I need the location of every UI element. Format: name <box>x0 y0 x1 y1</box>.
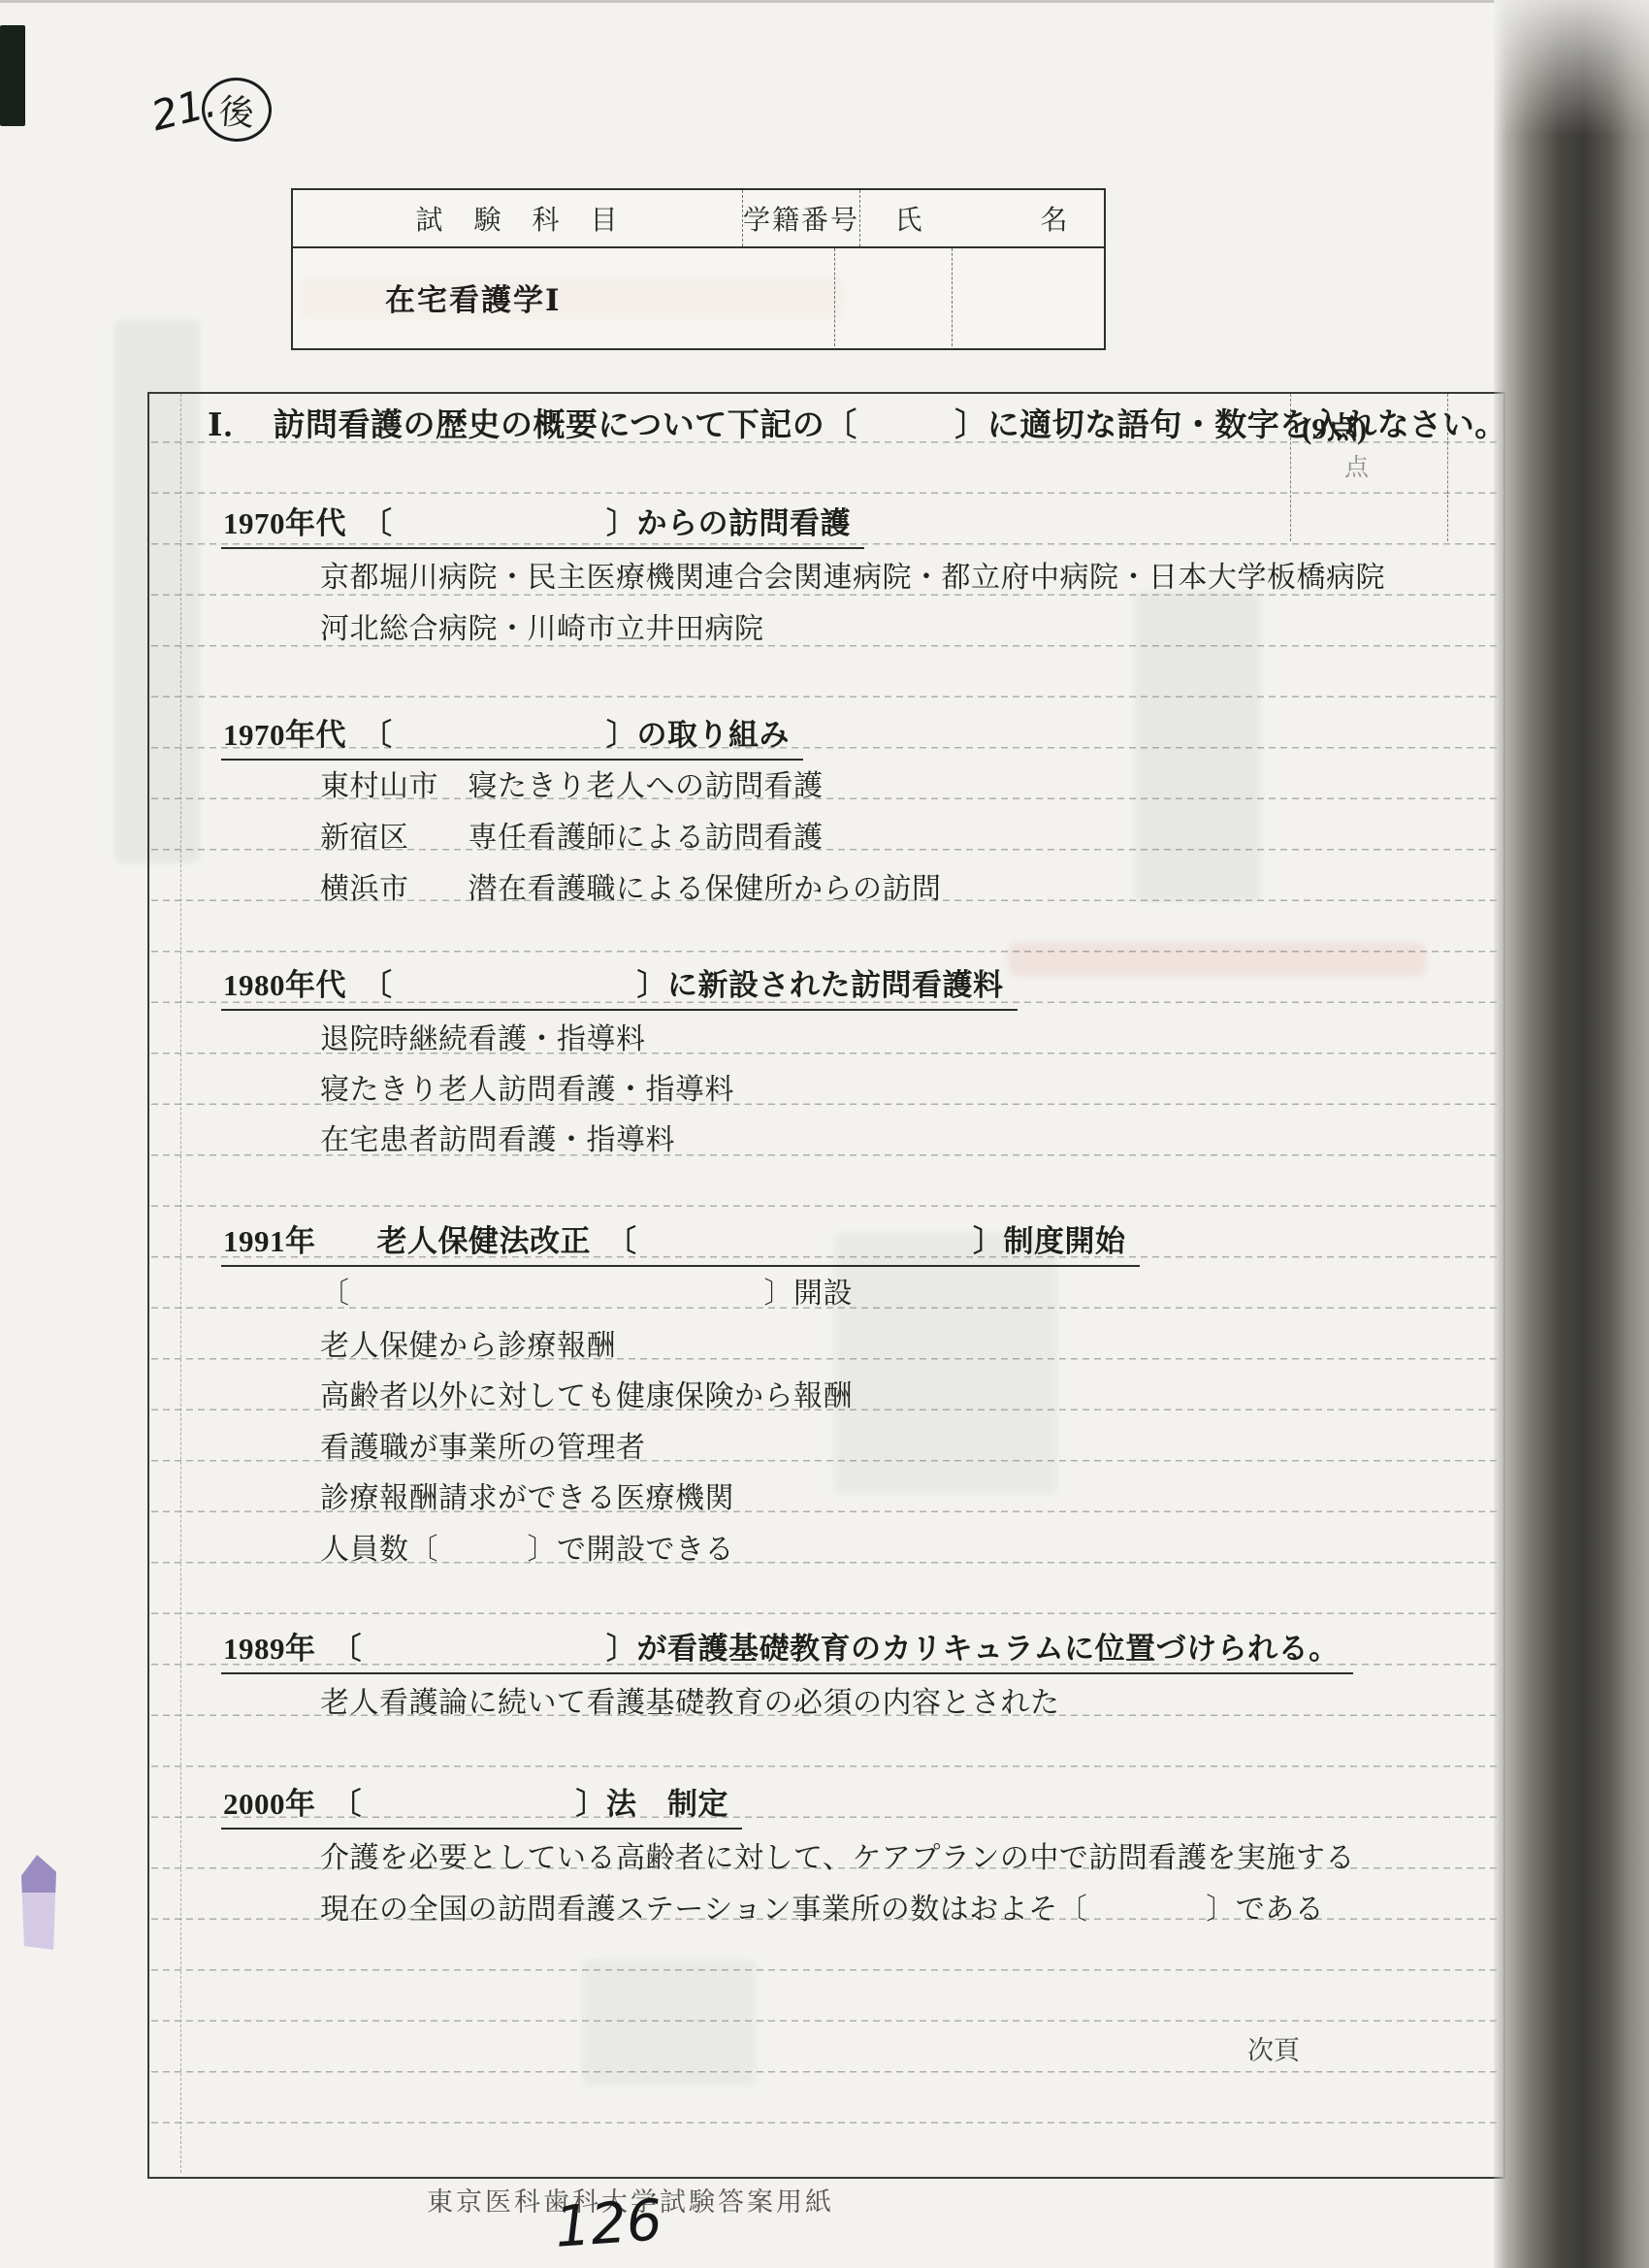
column-student-id: 学籍番号 <box>742 190 859 246</box>
column-name: 氏 名 <box>859 190 1104 246</box>
section-line: 診療報酬請求ができる医療機関 <box>320 1474 734 1516</box>
section-line: 老人看護論に続いて看護基礎教育の必須の内容とされた <box>320 1678 1060 1721</box>
header-row: 試 験 科 目 学籍番号 氏 名 <box>293 190 1104 248</box>
section-line: 看護職が事業所の管理者 <box>320 1423 646 1466</box>
section-title-1970s-municipalities: 1970年代 〔 〕の取り組み <box>221 710 803 761</box>
section-line: 介護を必要としている高齢者に対して、ケアプランの中で訪問看護を実施する <box>320 1833 1355 1876</box>
scan-corner-mark <box>0 25 25 126</box>
section-line: 退院時継続看護・指導料 <box>320 1015 646 1057</box>
next-page-note: 次頁 <box>1247 2029 1300 2067</box>
section-line: 在宅患者訪問看護・指導料 <box>320 1116 675 1158</box>
section-line: 老人保健から診療報酬 <box>320 1321 616 1364</box>
question-number: Ⅰ． <box>208 408 255 443</box>
subject-value: 在宅看護学Ⅰ <box>293 248 834 346</box>
section-line: 〔 〕開設 <box>320 1269 853 1312</box>
handwritten-page-number: 126 <box>553 2187 664 2260</box>
section-line: 京都堀川病院・民主医療機関連合会関連病院・都立府中病院・日本大学板橋病院 <box>320 553 1385 596</box>
student-id-value <box>834 248 952 346</box>
section-title-1970s-hospitals: 1970年代 〔 〕からの訪問看護 <box>221 499 864 549</box>
scan-top-edge <box>0 0 1649 3</box>
book-spine-shadow-fade <box>1494 0 1649 136</box>
section-line: 横浜市 潜在看護職による保健所からの訪問 <box>320 864 942 907</box>
score-cell-right-border <box>1447 394 1448 541</box>
points-sub-label: 点 <box>1344 448 1369 483</box>
section-line: 東村山市 寝たきり老人への訪問看護 <box>320 761 824 804</box>
name-value <box>952 248 1104 346</box>
section-line: 高齢者以外に対しても健康保険から報酬 <box>320 1372 853 1414</box>
inner-margin-line <box>180 394 181 2173</box>
points-label: (9点) <box>1302 404 1367 447</box>
book-spine-shadow <box>1494 0 1649 2268</box>
section-title-1989-curriculum: 1989年 〔 〕が看護基礎教育のカリキュラムに位置づけられる。 <box>221 1624 1353 1674</box>
section-title-1980s-fees: 1980年代 〔 〕に新設された訪問看護料 <box>221 960 1018 1011</box>
section-line: 現在の全国の訪問看護ステーション事業所の数はおよそ〔 〕である <box>320 1885 1324 1928</box>
section-title-1991-system: 1991年 老人保健法改正 〔 〕制度開始 <box>221 1216 1140 1267</box>
section-line: 人員数〔 〕で開設できる <box>320 1525 734 1568</box>
scanned-exam-page: 21. 後 試 験 科 目 学籍番号 氏 名 在宅看護学Ⅰ Ⅰ．訪問看護の歴史の… <box>0 0 1649 2268</box>
purple-highlight-mark <box>21 1855 56 1950</box>
section-title-2000-law: 2000年 〔 〕法 制定 <box>221 1779 742 1830</box>
column-exam-subject: 試 験 科 目 <box>293 190 742 246</box>
score-cell-left-border <box>1290 394 1291 541</box>
subject-row: 在宅看護学Ⅰ <box>293 248 1104 346</box>
exam-header-table: 試 験 科 目 学籍番号 氏 名 在宅看護学Ⅰ <box>291 188 1106 350</box>
section-line: 寝たきり老人訪問看護・指導料 <box>320 1065 734 1108</box>
section-line: 河北総合病院・川崎市立井田病院 <box>320 604 764 647</box>
section-line: 新宿区 専任看護師による訪問看護 <box>320 813 824 856</box>
